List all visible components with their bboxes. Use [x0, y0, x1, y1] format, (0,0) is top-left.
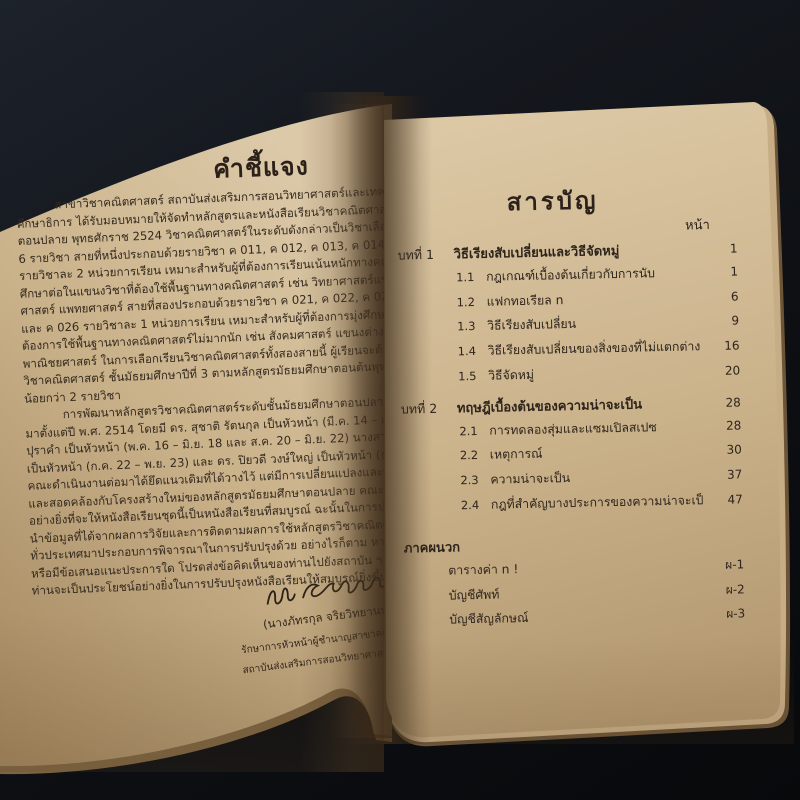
table-of-contents: บทที่ 1 วิธีเรียงสับเปลี่ยนและวิธีจัดหมู… — [397, 237, 745, 636]
appendix-items: ตารางค่า n ! ผ-1 บัญชีศัพท์ ผ-2 บัญชีสัญ… — [404, 555, 745, 636]
item-title: วิธีเรียงสับเปลี่ยนของสิ่งของที่ไม่แตกต่… — [487, 337, 699, 360]
toc-page-column-header: หน้า — [685, 213, 745, 235]
item-page-number: 1 — [698, 264, 738, 279]
item-page-number: ผ-2 — [705, 580, 745, 600]
item-number: 1.4 — [458, 344, 488, 359]
item-number: 2.3 — [460, 473, 490, 488]
appendix-section: ภาคผนวก ตารางค่า n ! ผ-1 บัญชีศัพท์ ผ-2 … — [404, 530, 746, 636]
item-number: 1.1 — [456, 270, 486, 285]
item-title: เหตุการณ์ — [490, 442, 702, 465]
item-number: 2.1 — [459, 423, 489, 438]
chapter-page-number: 1 — [697, 241, 737, 256]
chapter-title: ทฤษฎีเบื้องต้นของความน่าจะเป็น — [457, 392, 701, 418]
item-number: 1.3 — [457, 319, 487, 334]
item-page-number: 28 — [701, 418, 741, 433]
left-page-title: คำชี้แจง — [195, 146, 326, 191]
item-title: ความน่าจะเป็น — [490, 466, 702, 489]
item-number: 1.5 — [458, 369, 488, 384]
item-title: การทดลองสุ่มและแซมเปิลสเปซ — [489, 417, 701, 440]
left-page-content: คำชี้แจง สาขาวิชาคณิตศาสตร์ สถาบันส่งเสร… — [0, 92, 384, 772]
toc-item-row: 2.4 กฎที่สำคัญบางประการของความน่าจะเป็น … — [461, 490, 743, 521]
item-title: บัญชีสัญลักษณ์ — [449, 606, 705, 630]
item-number: 2.2 — [460, 448, 490, 463]
item-page-number: 16 — [699, 339, 739, 354]
item-number: 2.4 — [461, 498, 491, 513]
item-page-number: 30 — [702, 443, 742, 458]
item-number: 1.2 — [456, 294, 486, 309]
item-title: ตารางค่า n ! — [448, 556, 704, 580]
left-page-body: สาขาวิชาคณิตศาสตร์ สถาบันส่งเสริมการสอนว… — [16, 183, 384, 600]
item-title: กฎที่สำคัญบางประการของความน่าจะเป็น — [491, 491, 703, 514]
toc-item-row: 1.5 วิธีจัดหมู่ 20 — [458, 361, 740, 392]
toc-title: สารบัญ — [482, 180, 623, 222]
item-page-number: 6 — [698, 289, 738, 304]
toc-item-row: บัญชีสัญลักษณ์ ผ-3 — [449, 605, 745, 636]
item-page-number: 47 — [703, 492, 743, 507]
item-title: วิธีจัดหมู่ — [488, 362, 700, 385]
item-page-number: 20 — [700, 363, 740, 378]
item-title: แฟกทอเรียล n — [486, 288, 698, 311]
right-page-shading — [384, 636, 794, 744]
item-page-number: ผ-3 — [705, 605, 745, 625]
item-page-number: ผ-1 — [704, 555, 744, 575]
item-title: กฎเกณฑ์เบื้องต้นเกี่ยวกับการนับ — [486, 263, 698, 286]
item-title: บัญชีศัพท์ — [449, 581, 705, 605]
chapter-items: 1.1 กฎเกณฑ์เบื้องต้นเกี่ยวกับการนับ 1 1.… — [398, 262, 741, 393]
chapter-items: 2.1 การทดลองสุ่มและแซมเปิลสเปซ 28 2.2 เห… — [401, 416, 743, 522]
chapter-page-number: 28 — [701, 395, 741, 410]
chapter-label: บทที่ 2 — [401, 398, 457, 419]
item-page-number: 9 — [699, 314, 739, 329]
chapter-label: บทที่ 1 — [397, 244, 453, 265]
chapter-title: วิธีเรียงสับเปลี่ยนและวิธีจัดหมู่ — [453, 238, 697, 264]
item-page-number: 37 — [702, 468, 742, 483]
book-photo: คำชี้แจง สาขาวิชาคณิตศาสตร์ สถาบันส่งเสร… — [0, 0, 800, 800]
right-page-content: สารบัญ หน้า บทที่ 1 วิธีเรียงสับเปลี่ยนแ… — [384, 96, 794, 744]
item-title: วิธีเรียงสับเปลี่ยน — [487, 313, 699, 336]
